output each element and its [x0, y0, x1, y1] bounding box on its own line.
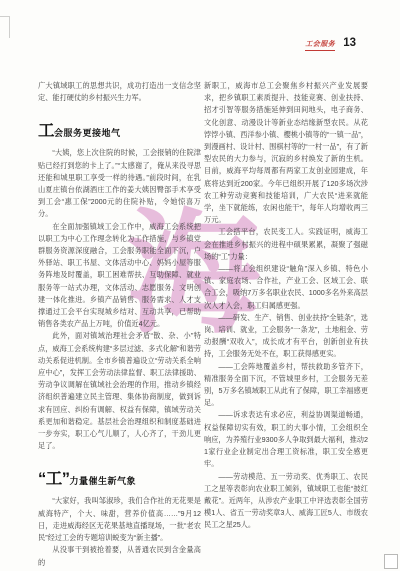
magazine-page: 工会服务 13 海 广大镇域职工的思想共识，成功打造出一支信念坚定、能打硬仗的乡… — [0, 0, 400, 571]
page-number: 13 — [343, 37, 356, 49]
body-paragraph: 从没事干到被抢着要，从普通农民到含金量高的 — [38, 544, 201, 568]
body-paragraph: 工会搭平台，农民变工人。实践证明，威海工会在推进乡村振兴的进程中硕果累累，凝聚了… — [204, 226, 368, 263]
section-label: 工会服务 — [305, 39, 335, 51]
left-column: 广大镇域职工的思想共识，成功打造出一支信念坚定、能打硬仗的乡村振兴生力军。 工会… — [38, 80, 201, 569]
body-paragraph: ——工会阵地覆盖乡村，帮扶救助多管齐下，精准服务全面下沉，不管城里乡村，工会服务… — [204, 361, 368, 410]
paragraph-continuation: 广大镇域职工的思想共识，成功打造出一支信念坚定、能打硬仗的乡村振兴生力军。 — [38, 80, 201, 104]
heading-text: 力量催生新气象 — [70, 476, 137, 486]
heading-text: 会服务更接地气 — [54, 128, 121, 138]
section-heading-2: “工”力量催生新气象 — [38, 465, 201, 489]
body-paragraph: ——诉求表达有求必应，利益协调渠道畅通，权益保障切实有效，职工的大事小情，工会组… — [204, 409, 368, 470]
right-column: 新职工，威海市总工会聚焦乡村振兴产业发展要求，把乡镇职工素质提升、技能竞赛、创业… — [204, 80, 368, 532]
heading-dropcap: 工 — [38, 122, 54, 140]
body-paragraph: “大姨，您上次住院的时候，工会报销的住院津贴已经打到您的卡上了。”“太感谢了，俺… — [38, 147, 201, 220]
body-paragraph: 此外，面对镇域治理社会矛盾“散、杂、小”特点，威海工会系统构建“多层过滤、多式化… — [38, 330, 201, 452]
scan-corner-mark-bottom-right — [384, 554, 398, 569]
body-paragraph: “大家好，我叫邹淑珍，我们合作社的无花果是威海特产，个大、味甜，营养价值高……”… — [38, 495, 201, 544]
body-paragraph: ——劳动模范、五一劳动奖、优秀职工、农民工之星等表彰向农业职工倾斜，镇域职工也能… — [204, 471, 368, 532]
body-paragraph: 在全面加强镇域工会工作中，威海工会系统把以职工为中心工作理念转化为工作措施，与乡… — [38, 221, 201, 331]
heading-dropcap: “工” — [38, 470, 70, 488]
section-heading-1: 工会服务更接地气 — [38, 117, 201, 141]
paragraph-continuation: 新职工，威海市总工会聚焦乡村振兴产业发展要求，把乡镇职工素质提升、技能竞赛、创业… — [204, 80, 368, 226]
running-head: 工会服务 13 — [305, 37, 356, 51]
scan-corner-mark-top-left — [0, 16, 10, 38]
body-paragraph: ——研发、生产、销售、创业扶持“全链条”，选岗、培训、就业，工会服务“一条龙”，… — [204, 312, 368, 361]
body-paragraph: ——将工会组织建设“触角”深入乡镇、特色小镇、家庭农场、合作社，产业工会、区域工… — [204, 263, 368, 312]
